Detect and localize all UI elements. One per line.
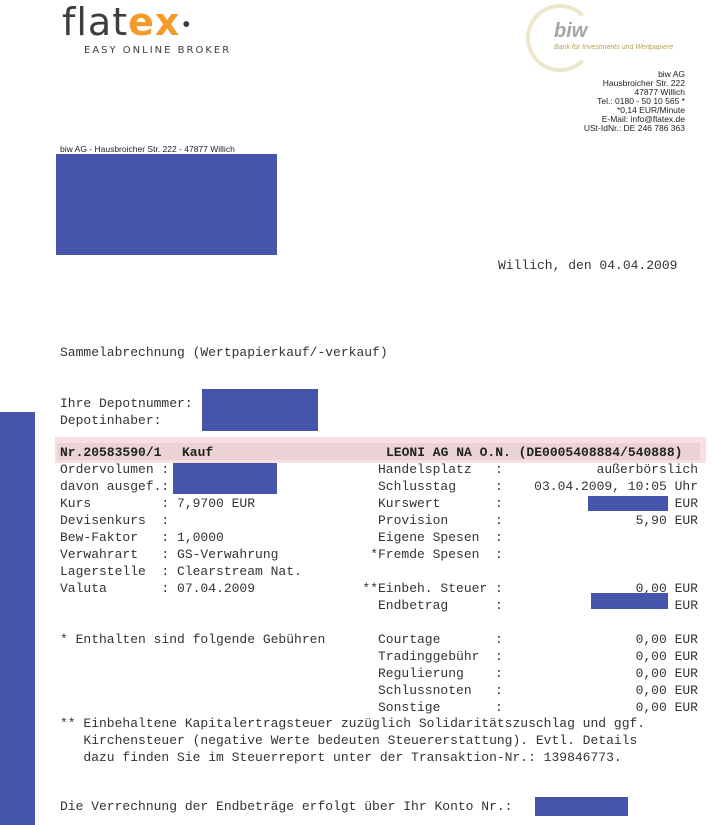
field-valuta: Valuta : 07.04.2009 bbox=[60, 580, 302, 597]
field-devisenkurs: Devisenkurs : bbox=[60, 512, 302, 529]
field-spacer bbox=[358, 563, 698, 580]
field-value: außerbörslich bbox=[597, 461, 698, 478]
field-handelsplatz: Handelsplatz :außerbörslich bbox=[358, 461, 698, 478]
field-eigene-spesen: Eigene Spesen : bbox=[358, 529, 698, 546]
fees-list: Courtage :0,00 EUR Tradinggebühr :0,00 E… bbox=[358, 631, 698, 716]
tax-note-line: ** Einbehaltene Kapitalertragsteuer zuzü… bbox=[60, 715, 645, 732]
field-label: davon ausgef.: bbox=[60, 479, 169, 494]
field-value: EUR bbox=[675, 495, 698, 512]
sender-line: biw AG - Hausbroicher Str. 222 - 47877 W… bbox=[60, 144, 235, 154]
field-label: Verwahrart : bbox=[60, 547, 169, 562]
field-label: Ordervolumen : bbox=[60, 462, 169, 477]
field-label: Bew-Faktor : bbox=[60, 530, 169, 545]
depot-info-redacted bbox=[202, 389, 318, 431]
field-label: Endbetrag : bbox=[378, 597, 503, 614]
depot-holder-label: Depotinhaber: bbox=[60, 412, 161, 429]
recipient-address-redacted bbox=[56, 154, 277, 255]
fee-label: Courtage : bbox=[378, 631, 503, 648]
fees-intro: * Enthalten sind folgende Gebühren bbox=[60, 631, 325, 648]
field-label: Devisenkurs : bbox=[60, 513, 169, 528]
fee-courtage: Courtage :0,00 EUR bbox=[358, 631, 698, 648]
field-label: Einbeh. Steuer : bbox=[378, 580, 503, 597]
kurswert-redacted bbox=[588, 496, 668, 511]
fee-value: 0,00 EUR bbox=[636, 631, 698, 648]
field-label: Eigene Spesen : bbox=[378, 529, 503, 546]
left-margin-bar bbox=[0, 412, 35, 825]
document-title: Sammelabrechnung (Wertpapierkauf/-verkau… bbox=[60, 344, 388, 361]
transaction-right-fields: Handelsplatz :außerbörslich Schlusstag :… bbox=[358, 461, 698, 614]
account-number-redacted bbox=[535, 797, 628, 816]
field-provision: Provision :5,90 EUR bbox=[358, 512, 698, 529]
fee-regulierung: Regulierung :0,00 EUR bbox=[358, 665, 698, 682]
fee-value: 0,00 EUR bbox=[636, 682, 698, 699]
fee-label: Schlussnoten : bbox=[378, 682, 503, 699]
fee-label: Tradinggebühr : bbox=[378, 648, 503, 665]
field-value: 7,9700 EUR bbox=[169, 496, 255, 511]
field-prefix: ** bbox=[358, 580, 378, 597]
logo-tagline: EASY ONLINE BROKER bbox=[84, 45, 231, 56]
flatex-logo: flatex• bbox=[62, 2, 193, 45]
field-schlusstag: Schlusstag :03.04.2009, 10:05 Uhr bbox=[358, 478, 698, 495]
fee-value: 0,00 EUR bbox=[636, 699, 698, 716]
fee-sonstige: Sonstige :0,00 EUR bbox=[358, 699, 698, 716]
tax-note: ** Einbehaltene Kapitalertragsteuer zuzü… bbox=[60, 715, 645, 766]
field-verwahrart: Verwahrart : GS-Verwahrung bbox=[60, 546, 302, 563]
bank-vat-id: USt-IdNr.: DE 246 786 363 bbox=[485, 124, 685, 133]
place-date: Willich, den 04.04.2009 bbox=[498, 257, 677, 274]
field-label: Provision : bbox=[378, 512, 503, 529]
field-lagerstelle: Lagerstelle : Clearstream Nat. bbox=[60, 563, 302, 580]
logo-dot: • bbox=[180, 13, 193, 37]
field-value: Clearstream Nat. bbox=[169, 564, 302, 579]
field-value: GS-Verwahrung bbox=[169, 547, 278, 562]
field-prefix: * bbox=[358, 546, 378, 563]
field-label: Schlusstag : bbox=[378, 478, 503, 495]
fee-schlussnoten: Schlussnoten :0,00 EUR bbox=[358, 682, 698, 699]
field-value: EUR bbox=[675, 597, 698, 614]
depot-number-label: Ihre Depotnummer: bbox=[60, 395, 193, 412]
logo-word-main: flat bbox=[62, 0, 128, 44]
fee-value: 0,00 EUR bbox=[636, 665, 698, 682]
field-value: 1,0000 bbox=[169, 530, 224, 545]
field-value: 07.04.2009 bbox=[169, 581, 255, 596]
field-label: Valuta : bbox=[60, 581, 169, 596]
transaction-number: Nr.20583590/1 bbox=[60, 444, 161, 461]
field-fremde-spesen: *Fremde Spesen : bbox=[358, 546, 698, 563]
field-kurs: Kurs : 7,9700 EUR bbox=[60, 495, 302, 512]
transaction-type: Kauf bbox=[182, 444, 213, 461]
tax-note-line: dazu finden Sie im Steuerreport unter de… bbox=[60, 749, 645, 766]
logo-word-accent: ex bbox=[128, 0, 180, 44]
field-bew-faktor: Bew-Faktor : 1,0000 bbox=[60, 529, 302, 546]
settlement-text: Die Verrechnung der Endbeträge erfolgt ü… bbox=[60, 798, 512, 815]
biw-logo: biw Bank für Investments und Wertpapiere bbox=[524, 4, 674, 54]
field-value: 5,90 EUR bbox=[636, 512, 698, 529]
field-label: Fremde Spesen : bbox=[378, 546, 503, 563]
fee-value: 0,00 EUR bbox=[636, 648, 698, 665]
fee-label: Regulierung : bbox=[378, 665, 503, 682]
bank-address: biw AG Hausbroicher Str. 222 47877 Willi… bbox=[485, 70, 685, 133]
endbetrag-redacted bbox=[591, 593, 668, 609]
security-name: LEONI AG NA O.N. (DE0005408884/540888) bbox=[386, 444, 682, 461]
ordervolume-redacted bbox=[173, 463, 277, 494]
tax-note-line: Kirchensteuer (negative Werte bedeuten S… bbox=[60, 732, 645, 749]
field-label: Kurs : bbox=[60, 496, 169, 511]
field-label: Handelsplatz : bbox=[378, 461, 503, 478]
field-label: Kurswert : bbox=[378, 495, 503, 512]
fee-label: Sonstige : bbox=[378, 699, 503, 716]
fee-tradinggebuehr: Tradinggebühr :0,00 EUR bbox=[358, 648, 698, 665]
field-value: 03.04.2009, 10:05 Uhr bbox=[534, 478, 698, 495]
biw-logo-subtitle: Bank für Investments und Wertpapiere bbox=[554, 44, 673, 51]
biw-logo-word: biw bbox=[554, 20, 587, 43]
field-label: Lagerstelle : bbox=[60, 564, 169, 579]
